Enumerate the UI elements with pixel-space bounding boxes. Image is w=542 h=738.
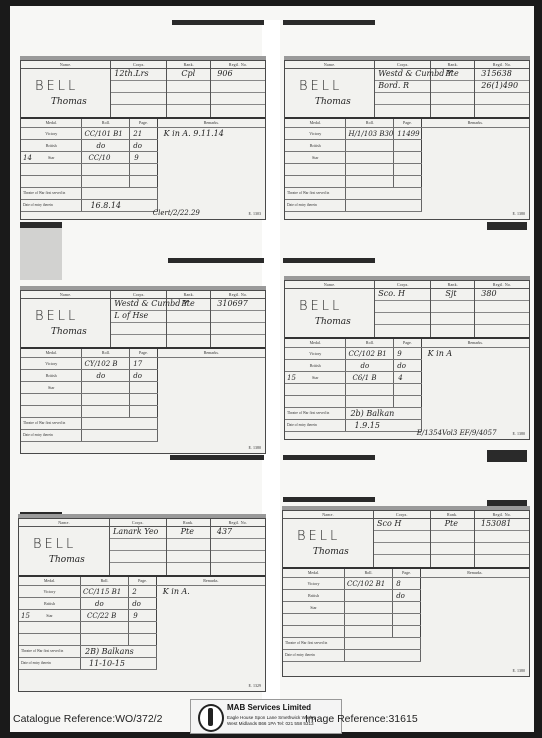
broll-value: do — [96, 141, 105, 152]
name-column: Name. BELL Thomas — [285, 61, 375, 117]
field-label: Page. — [130, 349, 157, 357]
medal-card-5: Name. BELL Thomas Corps. Lanark Yeo Rank… — [18, 518, 266, 692]
rank-value: Pte — [445, 519, 458, 528]
medal-card-1: Name. BELL Thomas Corps. 12th.Lrs Rank. … — [20, 60, 266, 220]
field-label: Rank. — [167, 61, 210, 69]
field-label: British — [285, 360, 346, 371]
field-label: Medal. — [19, 577, 81, 585]
vroll-value: CC/101 B1 — [84, 129, 122, 140]
rank-column: Rank. Pte — [431, 61, 475, 117]
surname: BELL — [35, 309, 78, 324]
name-column: Name. BELL Thomas — [285, 281, 375, 337]
medal-table: Medal.Roll.Page. VictoryCC/102 B18 Briti… — [283, 569, 421, 662]
remarks-area: Remarks. K in A. 9.11.14 — [158, 119, 265, 128]
field-label: Remarks. — [158, 119, 265, 128]
field-label: British — [19, 598, 81, 609]
regt-value: 315638 — [481, 69, 512, 78]
surname: BELL — [299, 299, 342, 314]
remarks-area: Remarks. K in A — [422, 339, 529, 348]
field-label: Name. — [21, 291, 110, 299]
film-edge — [170, 455, 264, 460]
medal-table: Medal.Roll.Page. VictoryCC/102 B19 Briti… — [285, 339, 422, 432]
field-label: Date of entry therein — [285, 420, 346, 431]
field-label: Corps. — [111, 61, 166, 69]
bpage-value: do — [133, 141, 142, 152]
field-label: British — [21, 370, 82, 381]
field-label: British — [285, 140, 346, 151]
field-label: Name. — [283, 511, 373, 519]
field-label: Corps. — [111, 291, 166, 299]
field-label: Medal. — [21, 349, 82, 357]
field-label: Theatre of War first served in — [21, 188, 82, 199]
field-label: Corps. — [374, 511, 430, 519]
sroll-value: CC/10 — [88, 153, 110, 164]
field-label: Date of entry therein — [283, 650, 345, 661]
surname: BELL — [297, 529, 340, 544]
vpage-value: 11499 — [397, 129, 419, 140]
regt-no-column: Regtl. No. 906 — [211, 61, 265, 117]
field-label: Remarks. — [421, 569, 529, 578]
starpre-value: 14 — [23, 153, 32, 164]
forename: Thomas — [51, 97, 87, 107]
field-label: Star — [312, 155, 318, 160]
field-label: Date of entry therein — [21, 200, 82, 211]
field-label: Regtl. No. — [475, 511, 529, 519]
forename: Thomas — [315, 317, 351, 327]
medal-table: Medal.Roll.Page. VictoryH/1/103 B3011499… — [285, 119, 422, 212]
field-label: Medal. — [285, 339, 346, 347]
film-edge — [283, 258, 375, 263]
regt-value: 906 — [217, 69, 232, 78]
field-label: Roll. — [81, 577, 129, 585]
forename: Thomas — [49, 555, 85, 565]
field-label: Regtl. No. — [211, 291, 265, 299]
form-number: E. 1329 — [249, 683, 261, 688]
regt-no-column: Regtl. No. 437 — [211, 519, 265, 575]
field-label: Rank. — [431, 61, 474, 69]
field-label: Star — [312, 375, 318, 380]
film-edge — [283, 20, 375, 25]
theatre-value: 2b) Balkan — [350, 408, 394, 419]
field-label: Name. — [285, 281, 374, 289]
rank-column: Rank. Pte — [167, 291, 211, 347]
form-number: E. 1380 — [513, 668, 525, 673]
film-edge — [283, 455, 375, 460]
vroll-value: CC/102 B1 — [348, 349, 386, 360]
field-label: Corps. — [110, 519, 166, 527]
corps-value: L of Hse — [114, 311, 148, 320]
film-edge — [20, 512, 62, 517]
film-shadow — [20, 228, 62, 280]
regt-value: 380 — [481, 289, 496, 298]
remarks-area: Remarks. — [158, 349, 265, 358]
sroll-value: CC/22 B — [87, 611, 116, 622]
film-edge — [487, 222, 527, 230]
remarks-text: K in A — [428, 349, 453, 358]
regt-no-column: Regtl. No. 380 — [475, 281, 529, 337]
corps-value: Lanark Yeo — [113, 527, 158, 536]
field-label: Star — [48, 155, 54, 160]
film-edge — [172, 20, 264, 25]
field-label: Date of entry therein — [285, 200, 346, 211]
field-label: Victory — [283, 578, 345, 589]
field-label: Theatre of War first served in — [285, 408, 346, 419]
rank-value: Pte — [181, 527, 194, 536]
field-label: Medal. — [283, 569, 345, 577]
bpage-value: do — [133, 371, 142, 382]
corps-column: Corps. Sco. H — [375, 281, 431, 337]
field-label: Regtl. No. — [211, 61, 265, 69]
corps-column: Corps. Westd & Cumbd Y Bord. R — [375, 61, 431, 117]
medal-table: Medal.Roll.Page. VictoryCC/101 B121 Brit… — [21, 119, 158, 212]
remarks-text: K in A. 9.11.14 — [164, 129, 224, 138]
mab-logo-icon — [198, 704, 224, 732]
field-label: Regtl. No. — [475, 281, 529, 289]
vpage-value: 21 — [133, 129, 142, 140]
name-column: Name. BELL Thomas — [21, 61, 111, 117]
card-footnote: Clert/2/22.29 — [153, 209, 200, 217]
field-label: Page. — [394, 119, 421, 127]
medal-card-2: Name. BELL Thomas Corps. Westd & Cumbd Y… — [284, 60, 530, 220]
field-label: Remarks. — [422, 339, 529, 348]
medal-table: Medal.Roll.Page. VictoryCY/102 B17 Briti… — [21, 349, 158, 442]
film-edge — [168, 258, 264, 263]
name-column: Name. BELL Thomas — [19, 519, 110, 575]
field-label: Remarks. — [157, 577, 265, 586]
medal-card-4: Name. BELL Thomas Corps. Sco. H Rank. Sj… — [284, 280, 530, 440]
rank-value: Pte — [181, 299, 194, 308]
field-label: Medal. — [21, 119, 82, 127]
form-number: E. 1380 — [513, 211, 525, 216]
field-label: Star — [48, 385, 54, 390]
field-label: Victory — [285, 348, 346, 359]
remarks-text: K in A. — [163, 587, 190, 596]
field-label: Remarks. — [158, 349, 265, 358]
regt-value: 437 — [217, 527, 232, 536]
field-label: Victory — [19, 586, 81, 597]
corps-value: Bord. R — [378, 81, 409, 90]
medal-table: Medal.Roll.Page. VictoryCC/115 B12 Briti… — [19, 577, 157, 670]
field-label: Star — [310, 605, 316, 610]
dentry-value: 11-10-15 — [89, 658, 125, 669]
image-reference: Image Reference:31615 — [305, 713, 418, 725]
card-footnote: E/1354Vol3 EF/9/4057 — [417, 429, 497, 437]
regt-no-column: Regtl. No. 315638 26(1)490 — [475, 61, 529, 117]
theatre-value: 2B) Balkans — [85, 646, 134, 657]
medal-card-3: Name. BELL Thomas Corps. Westd & Cumbd Y… — [20, 290, 266, 454]
forename: Thomas — [313, 547, 349, 557]
film-edge — [487, 450, 527, 462]
broll-value: do — [95, 599, 104, 610]
bpage-value: do — [397, 361, 406, 372]
field-label: Date of entry therein — [21, 430, 82, 441]
rank-value: Pte — [445, 69, 458, 78]
name-column: Name. BELL Thomas — [283, 511, 374, 567]
rank-value: Sjt — [445, 289, 456, 298]
rank-column: Rank. Pte — [167, 519, 211, 575]
field-label: Roll. — [82, 349, 130, 357]
field-label: Rank. — [167, 291, 210, 299]
field-label: British — [21, 140, 82, 151]
form-number: E. 1303 — [249, 211, 261, 216]
spage-value: 4 — [398, 373, 402, 384]
regt-no-column: Regtl. No. 310697 — [211, 291, 265, 347]
film-edge — [283, 497, 375, 502]
vpage-value: 8 — [396, 579, 400, 590]
vroll-value: CC/102 B1 — [347, 579, 385, 590]
corps-value: Sco. H — [378, 289, 405, 298]
forename: Thomas — [315, 97, 351, 107]
vpage-value: 9 — [397, 349, 401, 360]
field-label: Theatre of War first served in — [21, 418, 82, 429]
rank-column: Rank. Pte — [431, 511, 475, 567]
field-label: Theatre of War first served in — [285, 188, 346, 199]
bpage-value: do — [396, 591, 405, 602]
field-label: Roll. — [346, 339, 394, 347]
field-label: Rank. — [431, 281, 474, 289]
field-label: Theatre of War first served in — [19, 646, 81, 657]
starpre-value: 15 — [287, 373, 296, 384]
rank-column: Rank. Sjt — [431, 281, 475, 337]
corps-column: Corps. Sco H — [374, 511, 431, 567]
field-label: Page. — [129, 577, 157, 585]
field-label: Theatre of War first served in — [283, 638, 345, 649]
starpre-value: 15 — [21, 611, 30, 622]
field-label: Rank. — [167, 519, 210, 527]
vroll-value: H/1/103 B30 — [348, 129, 393, 140]
spage-value: 9 — [134, 153, 138, 164]
corps-column: Corps. 12th.Lrs — [111, 61, 167, 117]
field-label: Regtl. No. — [211, 519, 265, 527]
field-label: Page. — [394, 339, 421, 347]
stamp-company: MAB Services Limited — [227, 703, 311, 712]
name-column: Name. BELL Thomas — [21, 291, 111, 347]
corps-value: Sco H — [377, 519, 401, 528]
field-label: Corps. — [375, 61, 430, 69]
field-label: Regtl. No. — [475, 61, 529, 69]
field-label: Date of entry therein — [19, 658, 81, 669]
spage-value: 9 — [133, 611, 137, 622]
broll-value: do — [96, 371, 105, 382]
vroll-value: CY/102 B — [84, 359, 117, 370]
field-label: Medal. — [285, 119, 346, 127]
field-label: Name. — [19, 519, 109, 527]
field-label: Rank. — [431, 511, 474, 519]
surname: BELL — [35, 79, 78, 94]
regt-value: 310697 — [217, 299, 248, 308]
field-label: Name. — [285, 61, 374, 69]
field-label: British — [283, 590, 345, 601]
field-label: Roll. — [345, 569, 393, 577]
medal-card-6: Name. BELL Thomas Corps. Sco H Rank. Pte… — [282, 510, 530, 677]
field-label: Victory — [21, 358, 82, 369]
corps-value: 12th.Lrs — [114, 69, 148, 78]
surname: BELL — [299, 79, 342, 94]
form-number: E. 1380 — [513, 431, 525, 436]
broll-value: do — [360, 361, 369, 372]
remarks-area: Remarks. — [422, 119, 529, 128]
rank-value: Cpl — [181, 69, 195, 78]
vpage-value: 17 — [133, 359, 142, 370]
field-label: Victory — [21, 128, 82, 139]
forename: Thomas — [51, 327, 87, 337]
surname: BELL — [33, 537, 76, 552]
remarks-area: Remarks. — [421, 569, 529, 578]
field-label: Remarks. — [422, 119, 529, 128]
field-label: Roll. — [82, 119, 130, 127]
dentry-value: 1.9.15 — [354, 420, 379, 431]
rank-column: Rank. Cpl — [167, 61, 211, 117]
field-label: Page. — [130, 119, 157, 127]
field-label: Page. — [393, 569, 421, 577]
regt-value: 26(1)490 — [481, 81, 518, 90]
bpage-value: do — [132, 599, 141, 610]
sroll-value: C6/1 B — [352, 373, 376, 384]
field-label: Roll. — [346, 119, 394, 127]
dentry-value: 16.8.14 — [90, 200, 121, 211]
catalogue-reference: Catalogue Reference:WO/372/2 — [13, 713, 162, 725]
corps-column: Corps. Lanark Yeo — [110, 519, 167, 575]
field-label: Star — [46, 613, 52, 618]
vpage-value: 2 — [132, 587, 136, 598]
form-number: E. 1380 — [249, 445, 261, 450]
field-label: Corps. — [375, 281, 430, 289]
field-label: Name. — [21, 61, 110, 69]
corps-column: Corps. Westd & Cumbd Y L of Hse — [111, 291, 167, 347]
remarks-area: Remarks. K in A. — [157, 577, 265, 586]
regt-no-column: Regtl. No. 153081 — [475, 511, 529, 567]
vroll-value: CC/115 B1 — [83, 587, 121, 598]
regt-value: 153081 — [481, 519, 512, 528]
field-label: Victory — [285, 128, 346, 139]
